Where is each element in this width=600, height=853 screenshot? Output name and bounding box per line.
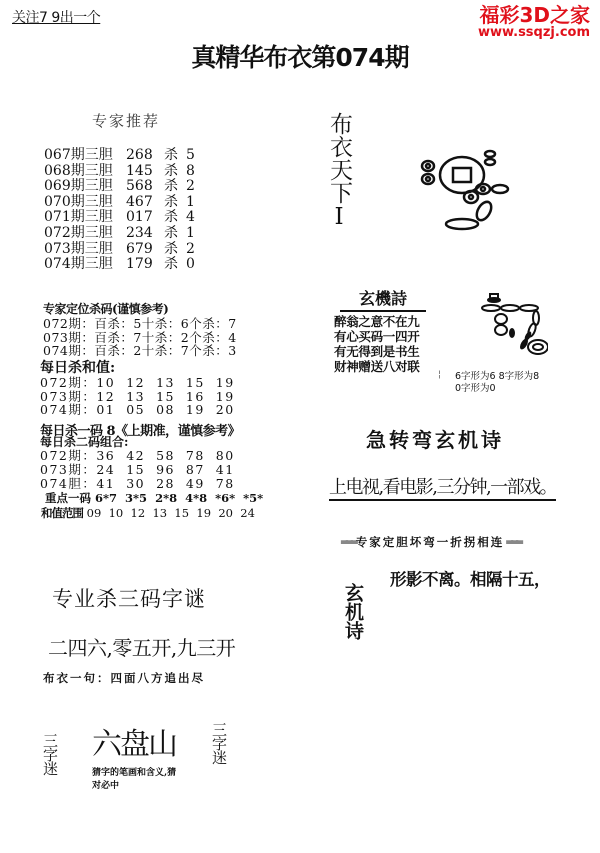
position-kill-header: 专家定位杀码(谨慎参考) <box>43 300 237 317</box>
riddle-text: 二四六,零五开,九三开 <box>48 632 235 661</box>
table-row: 071期三胆 017 杀 4 <box>44 210 195 226</box>
period: 068期三胆 <box>44 164 126 180</box>
position-kill-section: 专家定位杀码(谨慎参考) 072期：百杀：5十杀：6个杀：7 073期：百杀：7… <box>43 300 237 358</box>
key-code-values: 6*7 3*5 2*8 4*8 *6* *5* <box>95 491 263 505</box>
expert-picks-title: 专家推荐 <box>92 110 160 131</box>
key-code-row: 重点一码 6*7 3*5 2*8 4*8 *6* *5* <box>45 491 263 505</box>
digits: 234 <box>126 226 164 242</box>
chain-illustration-icon <box>478 290 548 362</box>
brand-logo[interactable]: 福彩3D之家 www.ssqzj.com <box>478 4 590 40</box>
exclamation-icon: ¦ <box>438 370 441 380</box>
coin-illustration-icon <box>418 144 513 240</box>
list-item: 072期：36 42 58 78 80 <box>40 449 235 463</box>
digits: 179 <box>126 257 164 273</box>
digits: 017 <box>126 210 164 226</box>
kill-label: 杀 <box>164 195 186 211</box>
period: 067期三胆 <box>44 148 126 164</box>
period: 070期三胆 <box>44 195 126 211</box>
table-row: 070期三胆 467 杀 1 <box>44 195 195 211</box>
page-title: 真精华布衣第074期 <box>0 38 600 74</box>
list-item: 073期：12 13 15 16 19 <box>40 390 235 404</box>
daily-kill-two-section: 每日杀二码组合: 072期：36 42 58 78 80 073期：24 15 … <box>40 435 235 491</box>
kill-label: 杀 <box>164 242 186 258</box>
riddle-side-label-left: 三字迷 <box>41 733 58 775</box>
kill-label: 杀 <box>164 179 186 195</box>
riddle-hint: 猜字的笔画和含义,猜对必中 <box>92 767 182 793</box>
sum-range-row: 和值范围 09 10 12 13 15 19 20 24 <box>41 506 255 520</box>
kill-digit: 1 <box>186 226 195 242</box>
expert-bend-line: ═══专家定胆坏弯一折拐相连 ═══ <box>341 534 521 550</box>
kill-digit: 8 <box>186 164 195 180</box>
poem-line: 财神赠送八对联 <box>334 359 426 374</box>
divider: ═══ <box>504 535 521 549</box>
kill-label: 杀 <box>164 164 186 180</box>
table-row: 072期三胆 234 杀 1 <box>44 226 195 242</box>
key-code-label: 重点一码 <box>45 491 91 505</box>
expert-bend-text: 专家定胆坏弯一折拐相连 <box>356 535 505 549</box>
kill-digit: 2 <box>186 242 195 258</box>
shape-note: 6字形为6 8字形为8 0字形为0 <box>455 371 539 395</box>
digits: 568 <box>126 179 164 195</box>
buyi-vertical-title: 布衣天下I <box>325 112 352 230</box>
period: 073期三胆 <box>44 242 126 258</box>
table-row: 074期三胆 179 杀 0 <box>44 257 195 273</box>
riddle-side-label-right: 三字迷 <box>210 722 227 764</box>
kill-label: 杀 <box>164 226 186 242</box>
shape-note-line: 0字形为0 <box>455 383 539 395</box>
list-item: 072期：10 12 13 15 19 <box>40 376 235 390</box>
xuanji-poem: 玄機詩 醉翁之意不在九 有心买码一四开 有无得到是书生 财神赠送八对联 <box>334 286 426 374</box>
divider: ═══ <box>341 535 356 549</box>
kill-label: 杀 <box>164 257 186 273</box>
list-item: 073期：百杀：7十杀：2个杀：4 <box>43 331 237 345</box>
jizhuanwan-line: 上电视,看电影,三分钟,一部戏。 <box>329 477 556 501</box>
list-item: 074胆：41 30 28 49 78 <box>40 477 235 491</box>
shape-note-line: 6字形为6 8字形为8 <box>455 371 539 383</box>
list-item: 072期：百杀：5十杀：6个杀：7 <box>43 317 237 331</box>
poem-line: 醉翁之意不在九 <box>334 314 426 329</box>
period: 074期三胆 <box>44 257 126 273</box>
xuanji-vertical-label: 玄机诗 <box>338 583 368 640</box>
table-row: 068期三胆 145 杀 8 <box>44 164 195 180</box>
brand-name: 福彩3D之家 <box>478 4 590 26</box>
table-row: 073期三胆 679 杀 2 <box>44 242 195 258</box>
kill-label: 杀 <box>164 148 186 164</box>
jizhuanwan-title: 急转弯玄机诗 <box>366 424 504 453</box>
digits: 467 <box>126 195 164 211</box>
daily-sum-kill-section: 每日杀和值: 072期：10 12 13 15 19 073期：12 13 15… <box>40 360 235 417</box>
kill-digit: 1 <box>186 195 195 211</box>
period: 072期三胆 <box>44 226 126 242</box>
kill-digit: 0 <box>186 257 195 273</box>
period: 069期三胆 <box>44 179 126 195</box>
top-note: 关注7 9出一个 <box>12 7 100 27</box>
riddle-title: 专业杀三码字谜 <box>52 583 206 613</box>
digits: 679 <box>126 242 164 258</box>
poem-line: 有心买码一四开 <box>334 329 426 344</box>
table-row: 069期三胆 568 杀 2 <box>44 179 195 195</box>
table-row: 067期三胆 268 杀 5 <box>44 148 195 164</box>
kill-digit: 4 <box>186 210 195 226</box>
sum-range-values: 09 10 12 13 15 19 20 24 <box>87 506 255 520</box>
jizhuanwan-verse: 形影不离。相隔十五， <box>390 568 550 590</box>
kill-label: 杀 <box>164 210 186 226</box>
list-item: 073期：24 15 96 87 41 <box>40 463 235 477</box>
period: 071期三胆 <box>44 210 126 226</box>
daily-kill-two-header: 每日杀二码组合: <box>40 435 235 449</box>
xuanji-poem-title: 玄機詩 <box>340 286 426 312</box>
poem-line: 有无得到是书生 <box>334 344 426 359</box>
buyi-sentence: 布衣一句：四面八方追出尽 <box>43 670 205 686</box>
list-item: 074期：百杀：2十杀：7个杀：3 <box>43 344 237 358</box>
digits: 268 <box>126 148 164 164</box>
sum-range-label: 和值范围 <box>41 506 83 520</box>
daily-sum-kill-header: 每日杀和值: <box>40 360 235 376</box>
list-item: 074期：01 05 08 19 20 <box>40 403 235 417</box>
kill-digit: 2 <box>186 179 195 195</box>
riddle-center-word: 六盘山 <box>92 719 176 763</box>
digits: 145 <box>126 164 164 180</box>
expert-picks-table: 067期三胆 268 杀 5 068期三胆 145 杀 8 069期三胆 568… <box>44 148 195 273</box>
kill-digit: 5 <box>186 148 195 164</box>
